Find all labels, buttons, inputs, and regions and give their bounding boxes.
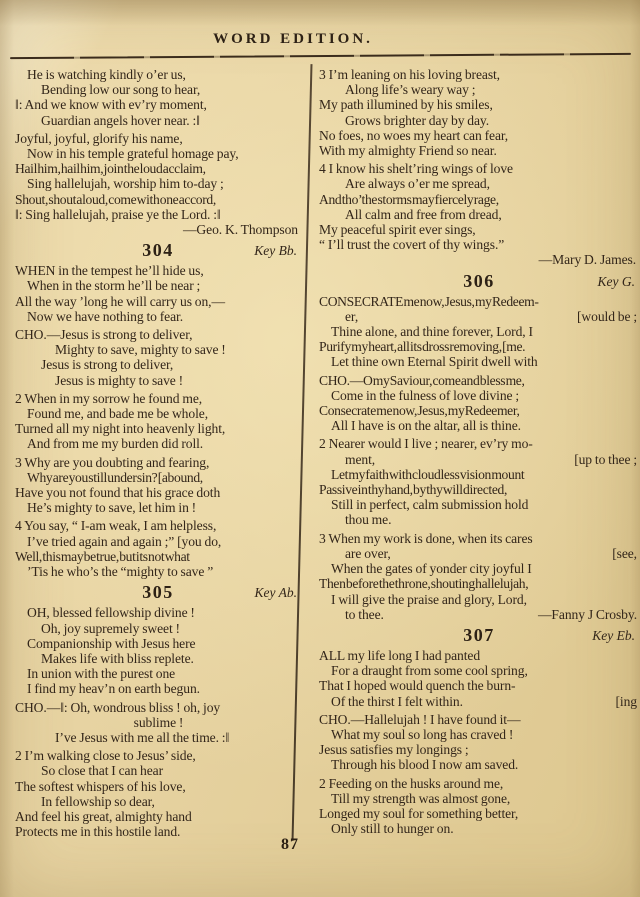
hymn-line: Till my strength was almost gone, [318, 791, 640, 806]
hymn-number: 307 [463, 625, 495, 646]
stanza: WHEN in the tempest he’ll hide us,When i… [14, 263, 302, 324]
hymn-line: CONSECRATE me now, Jesus, my Redeem- [318, 294, 640, 309]
hymn-line-overflow-text: —Fanny J Crosby. [538, 607, 637, 622]
hymn-number: 305 [142, 582, 174, 603]
stanza: He is watching kindly o’er us,Bending lo… [14, 67, 302, 128]
hymn-line: Makes life with bliss replete. [14, 651, 302, 666]
header-rule [10, 53, 631, 60]
hymn-line: CHO.—‖: Oh, wondrous bliss ! oh, joy [14, 700, 302, 715]
hymn-line: Mighty to save, mighty to save ! [14, 342, 302, 357]
hymn-line: Bending low our song to hear, [14, 82, 302, 97]
hymn-line: —Mary D. James. [318, 252, 640, 267]
hymn-line: CHO.—Jesus is strong to deliver, [14, 327, 302, 342]
hymn-line: 4 You say, “ I-am weak, I am helpless, [14, 518, 302, 533]
hymn-line-text: ment, [345, 452, 375, 467]
hymn-line: Oh, joy supremely sweet ! [14, 621, 302, 636]
hymn-line: 2 When in my sorrow he found me, [14, 391, 302, 406]
hymn-line: Why are you still under sin? [abound, [14, 470, 302, 485]
hymn-line: With my almighty Friend so near. [318, 143, 640, 158]
hymn-line: Protects me in this hostile land. [14, 824, 302, 839]
hymn-line: Jesus is mighty to save ! [14, 373, 302, 388]
stanza: 2 I’m walking close to Jesus’ side,So cl… [14, 748, 302, 839]
hymn-line: Companionship with Jesus here [14, 636, 302, 651]
hymn-line: Now we have nothing to fear. [14, 309, 302, 324]
hymn-line: Hail him, hail him, join the loud acclai… [14, 161, 302, 176]
hymn-line: I find my heav’n on earth begun. [14, 681, 302, 696]
hymn-heading-304: 304Key Bb. [14, 240, 302, 261]
hymn-key-signature: Key Bb. [254, 243, 297, 259]
hymn-key-signature: Key Eb. [592, 628, 635, 644]
hymn-line: Still in perfect, calm submission hold [318, 497, 640, 512]
hymn-line: And feel his great, almighty hand [14, 809, 302, 824]
hymn-line: No foes, no woes my heart can fear, [318, 128, 640, 143]
hymn-line: Let my faith with cloudless vision mount [318, 467, 640, 482]
hymn-line: What my soul so long has craved ! [318, 727, 640, 742]
hymn-line: For a draught from some cool spring, [318, 663, 640, 678]
hymn-line: Turned all my night into heavenly light, [14, 421, 302, 436]
page-number: 87 [281, 836, 299, 854]
hymn-line: I will give the praise and glory, Lord, [318, 592, 640, 607]
stanza: CONSECRATE me now, Jesus, my Redeem-er,[… [318, 294, 640, 370]
hymn-line: I’ve Jesus with me all the time. :‖ [14, 730, 302, 745]
hymn-heading-307: 307Key Eb. [318, 625, 640, 646]
hymn-line: Only still to hunger on. [318, 821, 640, 836]
hymn-line-overflow-text: [see, [612, 546, 637, 561]
hymn-line: 2 Nearer would I live ; nearer, ev’ry mo… [318, 436, 640, 451]
hymn-line: Jesus is strong to deliver, [14, 357, 302, 372]
hymn-line: My path illumined by his smiles, [318, 97, 640, 112]
hymn-line: to thee.—Fanny J Crosby. [318, 607, 640, 622]
hymn-line: All calm and free from dread, [318, 207, 640, 222]
hymn-line: Are always o’er me spread, [318, 176, 640, 191]
hymn-heading-306: 306Key G. [318, 271, 640, 292]
hymn-line: Found me, and bade me be whole, [14, 406, 302, 421]
hymn-line: Shout, shout aloud, come with one accord… [14, 192, 302, 207]
hymn-line: All the way ’long he will carry us on,— [14, 294, 302, 309]
hymn-line: He is watching kindly o’er us, [14, 67, 302, 82]
hymn-line-text: to thee. [345, 607, 384, 622]
hymn-line: Passive in thy hand, by thy will directe… [318, 482, 640, 497]
hymn-line: 2 Feeding on the husks around me, [318, 776, 640, 791]
hymn-line: 2 I’m walking close to Jesus’ side, [14, 748, 302, 763]
hymn-line: Purify my heart, all its dross removing,… [318, 339, 640, 354]
hymn-line: When in the storm he’ll be near ; [14, 278, 302, 293]
hymn-line: —Geo. K. Thompson [14, 222, 302, 237]
hymn-heading-305: 305Key Ab. [14, 582, 302, 603]
hymn-line: Come in the fulness of love divine ; [318, 388, 640, 403]
hymn-line: CHO.—O my Saviour, come and bless me, [318, 373, 640, 388]
stanza: Joyful, joyful, glorify his name,Now in … [14, 131, 302, 237]
hymn-line: Jesus satisfies my longings ; [318, 742, 640, 757]
hymn-line: And from me my burden did roll. [14, 436, 302, 451]
columns-container: He is watching kindly o’er us,Bending lo… [14, 67, 634, 867]
hymn-line: Through his blood I now am saved. [318, 757, 640, 772]
hymn-line: Now in his temple grateful homage pay, [14, 146, 302, 161]
stanza: CHO.—‖: Oh, wondrous bliss ! oh, joysubl… [14, 700, 302, 746]
stanza: 2 Nearer would I live ; nearer, ev’ry mo… [318, 436, 640, 527]
hymn-line: CHO.—Hallelujah ! I have found it— [318, 712, 640, 727]
hymn-line: Well, this may be true, but its not what [14, 549, 302, 564]
stanza: 2 Feeding on the husks around me,Till my… [318, 776, 640, 837]
column-right: 3 I’m leaning on his loving breast,Along… [318, 67, 640, 867]
stanza: 2 When in my sorrow he found me,Found me… [14, 391, 302, 452]
stanza: 4 I know his shelt’ring wings of loveAre… [318, 161, 640, 267]
hymn-line: er,[would be ; [318, 309, 640, 324]
hymn-line: ment,[up to thee ; [318, 452, 640, 467]
hymn-line: Guardian angels hover near. :‖ [14, 113, 302, 128]
hymn-line-overflow-text: [ing [616, 694, 638, 709]
hymn-line: Have you not found that his grace doth [14, 485, 302, 500]
page-header-title: WORD EDITION. [0, 0, 613, 48]
hymn-line: Thine alone, and thine forever, Lord, I [318, 324, 640, 339]
hymn-line: ‖: Sing hallelujah, praise ye the Lord. … [14, 207, 302, 222]
hymn-line: He’s mighty to save, let him in ! [14, 500, 302, 515]
stanza: CHO.—Hallelujah ! I have found it—What m… [318, 712, 640, 773]
hymn-line: When the gates of yonder city joyful I [318, 561, 640, 576]
hymn-line: Then before the throne, shouting hallelu… [318, 576, 640, 591]
hymn-line-text: are over, [345, 546, 391, 561]
hymn-line: Consecrate me now, Jesus, my Redeemer, [318, 403, 640, 418]
stanza: 3 I’m leaning on his loving breast,Along… [318, 67, 640, 158]
hymn-line: In union with the purest one [14, 666, 302, 681]
hymn-line: 4 I know his shelt’ring wings of love [318, 161, 640, 176]
stanza: ALL my life long I had pantedFor a draug… [318, 648, 640, 709]
hymn-line: In fellowship so dear, [14, 794, 302, 809]
hymn-line-text: er, [345, 309, 358, 324]
hymn-line: Let thine own Eternal Spirit dwell with [318, 354, 640, 369]
hymn-line: Along life’s weary way ; [318, 82, 640, 97]
column-left: He is watching kindly o’er us,Bending lo… [14, 67, 302, 867]
stanza: OH, blessed fellowship divine !Oh, joy s… [14, 605, 302, 696]
stanza: CHO.—O my Saviour, come and bless me,Com… [318, 373, 640, 434]
hymn-line: Grows brighter day by day. [318, 113, 640, 128]
hymn-line: Sing hallelujah, worship him to-day ; [14, 176, 302, 191]
hymn-line: “ I’ll trust the covert of thy wings.” [318, 237, 640, 252]
hymnal-page: WORD EDITION. He is watching kindly o’er… [0, 0, 640, 897]
hymn-line: ALL my life long I had panted [318, 648, 640, 663]
hymn-line: Joyful, joyful, glorify his name, [14, 131, 302, 146]
hymn-line: ‖: And we know with ev’ry moment, [14, 97, 302, 112]
hymn-line: 3 When my work is done, when its cares [318, 531, 640, 546]
hymn-key-signature: Key Ab. [255, 585, 298, 601]
hymn-line: Longed my soul for something better, [318, 806, 640, 821]
hymn-line: That I hoped would quench the burn- [318, 678, 640, 693]
hymn-line: So close that I can hear [14, 763, 302, 778]
hymn-line: thou me. [318, 512, 640, 527]
hymn-line: All I have is on the altar, all is thine… [318, 418, 640, 433]
stanza: 3 When my work is done, when its caresar… [318, 531, 640, 622]
hymn-line-text: Of the thirst I felt within. [331, 694, 463, 709]
hymn-number: 304 [142, 240, 174, 261]
hymn-line: My peaceful spirit ever sings, [318, 222, 640, 237]
hymn-line: 3 I’m leaning on his loving breast, [318, 67, 640, 82]
stanza: 3 Why are you doubting and fearing,Why a… [14, 455, 302, 516]
hymn-line: sublime ! [14, 715, 302, 730]
hymn-line: WHEN in the tempest he’ll hide us, [14, 263, 302, 278]
hymn-line-overflow-text: [would be ; [577, 309, 637, 324]
hymn-line: are over,[see, [318, 546, 640, 561]
stanza: CHO.—Jesus is strong to deliver,Mighty t… [14, 327, 302, 388]
hymn-line: OH, blessed fellowship divine ! [14, 605, 302, 620]
hymn-key-signature: Key G. [598, 274, 636, 290]
hymn-line: I’ve tried again and again ;” [you do, [14, 534, 302, 549]
hymn-line: Of the thirst I felt within.[ing [318, 694, 640, 709]
hymn-line: 3 Why are you doubting and fearing, [14, 455, 302, 470]
hymn-number: 306 [463, 271, 495, 292]
hymn-line-overflow-text: [up to thee ; [574, 452, 637, 467]
stanza: 4 You say, “ I-am weak, I am helpless,I’… [14, 518, 302, 579]
hymn-line: And tho’ the storms may fiercely rage, [318, 192, 640, 207]
hymn-line: The softest whispers of his love, [14, 779, 302, 794]
hymn-line: ’Tis he who’s the “mighty to save ” [14, 564, 302, 579]
